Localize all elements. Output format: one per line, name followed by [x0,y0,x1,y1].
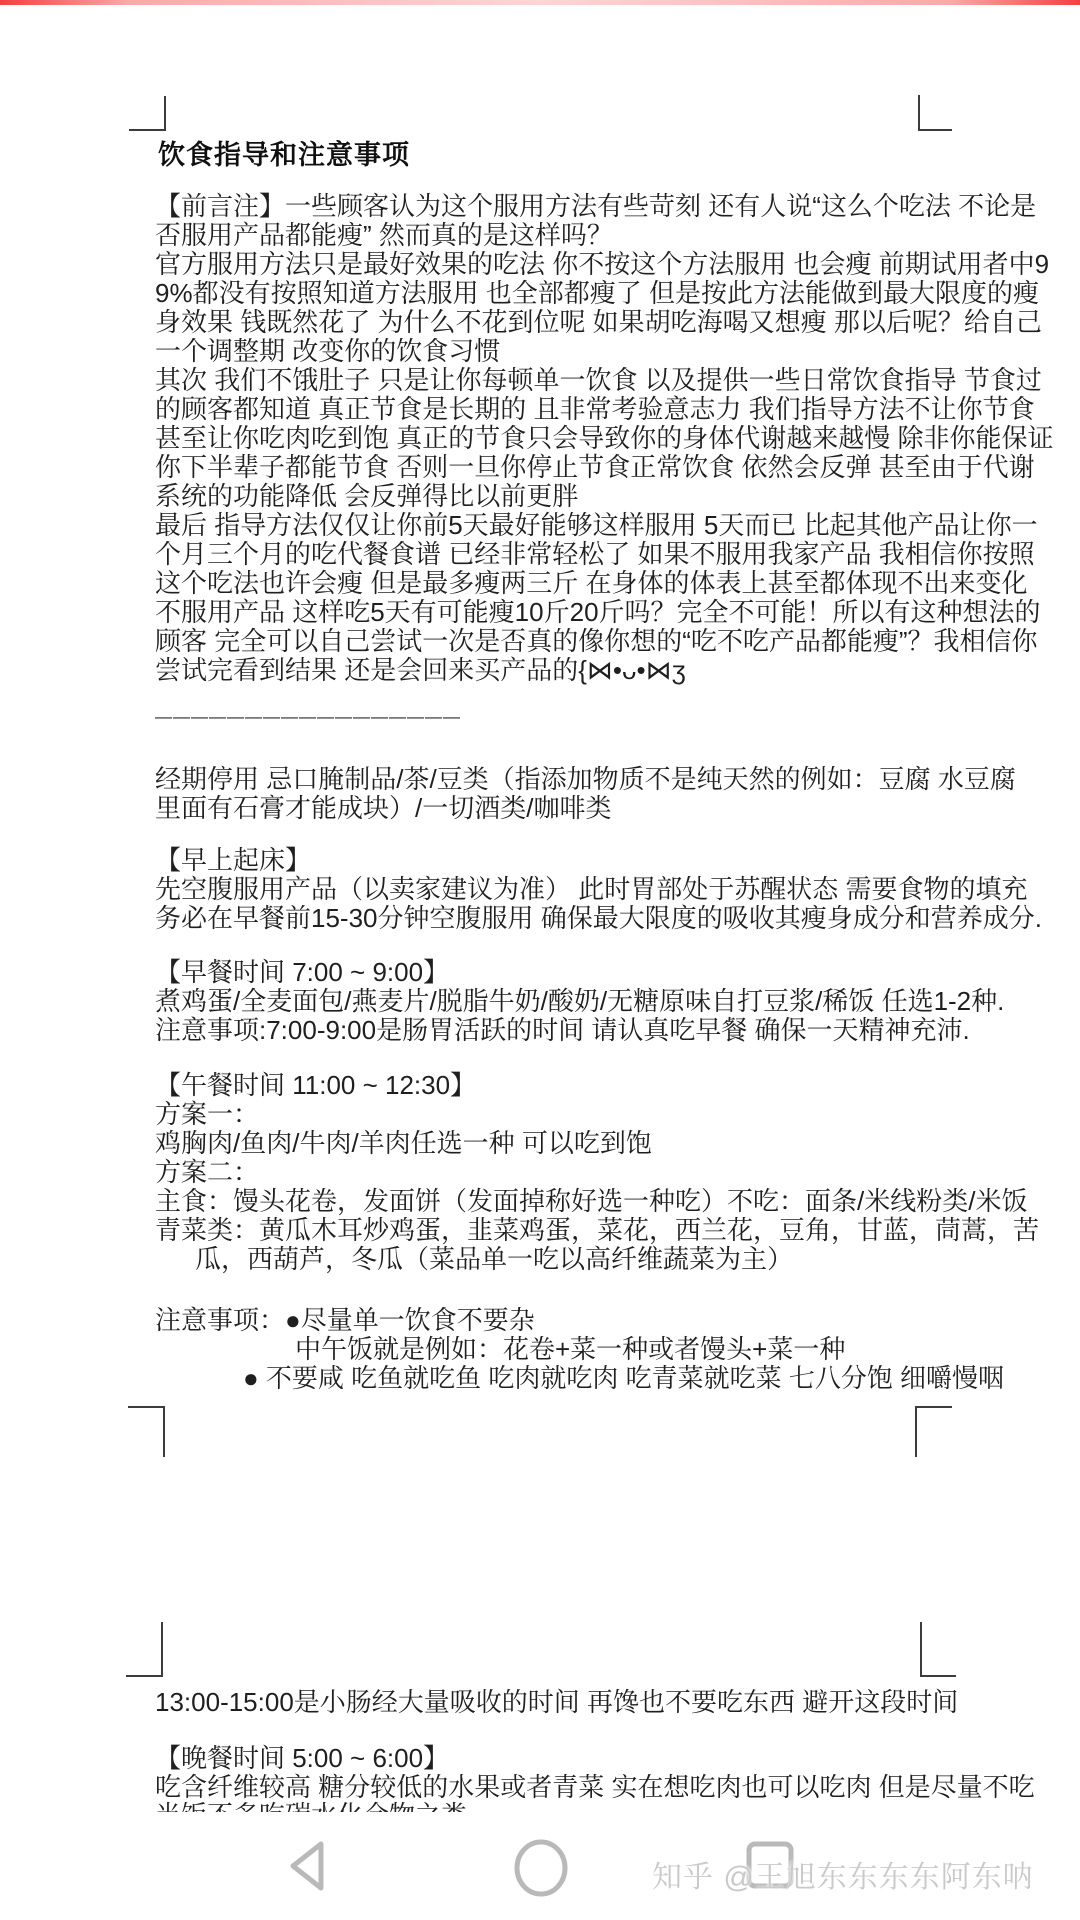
section-header: 【晚餐时间 5:00 ~ 6:00】 [155,1744,945,1773]
page-corner-mark [128,1406,165,1457]
doc-line: 身效果 钱既然花了 为什么不花到位呢 如果胡吃海喝又想瘦 那以后呢？给自己 [155,308,945,337]
doc-line: 煮鸡蛋/全麦面包/燕麦片/脱脂牛奶/酸奶/无糖原味自打豆浆/稀饭 任选1-2种. [155,987,945,1016]
doc-line: 里面有石膏才能成块）/一切酒类/咖啡类 [155,794,945,823]
doc-line: 尝试完看到结果 还是会回来买产品的{⋈•ᴗ•⋈ʒ [155,656,945,685]
doc-line: 13:00-15:00是小肠经大量吸收的时间 再馋也不要吃东西 避开这段时间 [155,1688,945,1717]
page-corner-mark [918,95,952,131]
doc-line: 一个调整期 改变你的饮食习惯 [155,337,945,366]
doc-line: 不服用产品 这样吃5天有可能瘦10斤20斤吗？完全不可能！所以有这种想法的 [155,598,945,627]
doc-line: 先空腹服用产品（以卖家建议为准） 此时胃部处于苏醒状态 需要食物的填充 [155,875,945,904]
doc-line: 务必在早餐前15-30分钟空腹服用 确保最大限度的吸收其瘦身成分和营养成分. [155,904,945,933]
doc-line: 9%都没有按照知道方法服用 也全部都瘦了 但是按此方法能做到最大限度的瘦 [155,279,945,308]
doc-line: 方案二： [155,1158,945,1187]
top-edge-accent [0,0,1080,5]
doc-line: 注意事项:7:00-9:00是肠胃活跃的时间 请认真吃早餐 确保一天精神充沛. [155,1016,945,1045]
back-icon[interactable] [285,1840,329,1892]
doc-line: 经期停用 忌口腌制品/茶/豆类（指添加物质不是纯天然的例如：豆腐 水豆腐 [155,765,945,794]
doc-line-clipped: 当饭不多吃碳水化合物之类 [155,1801,945,1812]
dashed-separator: ————————————————— [155,702,945,731]
section-header: 【早餐时间 7:00 ~ 9:00】 [155,958,945,987]
doc-line: 否服用产品都能瘦” 然而真的是这样吗？ [155,221,945,250]
doc-line: 的顾客都知道 真正节食是长期的 且非常考验意志力 我们指导方法不让你节食 [155,395,945,424]
doc-line: ● 不要咸 吃鱼就吃鱼 吃肉就吃肉 吃青菜就吃菜 七八分饱 细嚼慢咽 [243,1364,1033,1393]
section-header: 【早上起床】 [155,846,945,875]
doc-line: 官方服用方法只是最好效果的吃法 你不按这个方法服用 也会瘦 前期试用者中9 [155,250,945,279]
doc-line: 注意事项：●尽量单一饮食不要杂 [155,1306,945,1335]
page-corner-mark [129,96,166,131]
section-header: 【午餐时间 11:00 ~ 12:30】 [155,1071,945,1100]
doc-line: 甚至让你吃肉吃到饱 真正的节食只会导致你的身体代谢越来越慢 除非你能保证 [155,424,945,453]
doc-line: 其次 我们不饿肚子 只是让你每顿单一饮食 以及提供一些日常饮食指导 节食过 [155,366,945,395]
page-corner-mark [126,1622,163,1677]
doc-line: 你下半辈子都能节食 否则一旦你停止节食正常饮食 依然会反弹 甚至由于代谢 [155,453,945,482]
page-corner-mark [920,1622,956,1677]
home-icon[interactable] [513,1839,569,1897]
doc-line: 【前言注】一些顾客认为这个服用方法有些苛刻 还有人说“这么个吃法 不论是 [155,192,945,221]
doc-line: 这个吃法也许会瘦 但是最多瘦两三斤 在身体的体表上甚至都体现不出来变化 [155,569,945,598]
doc-line: 顾客 完全可以自己尝试一次是否真的像你想的“吃不吃产品都能瘦”？我相信你 [155,627,945,656]
doc-line: 吃含纤维较高 糖分较低的水果或者青菜 实在想吃肉也可以吃肉 但是尽量不吃 [155,1773,945,1802]
doc-line: 最后 指导方法仅仅让你前5天最好能够这样服用 5天而已 比起其他产品让你一 [155,511,945,540]
page-corner-mark [915,1406,952,1457]
doc-line: 青菜类：黄瓜木耳炒鸡蛋，韭菜鸡蛋，菜花，西兰花，豆角，甘蓝，茼蒿，苦 [155,1216,945,1245]
doc-line: 中午饭就是例如：花卷+菜一种或者馒头+菜一种 [295,1335,1080,1364]
watermark: 知乎 @王旭东东东东阿东呐 [652,1852,1034,1896]
doc-line: 个月三个月的吃代餐食谱 已经非常轻松了 如果不服用我家产品 我相信你按照 [155,540,945,569]
doc-line: 鸡胸肉/鱼肉/牛肉/羊肉任选一种 可以吃到饱 [155,1129,945,1158]
doc-line: 方案一： [155,1100,945,1129]
doc-line: 系统的功能降低 会反弹得比以前更胖 [155,482,945,511]
doc-line: 主食：馒头花卷，发面饼（发面掉称好选一种吃）不吃：面条/米线粉类/米饭 [155,1187,945,1216]
doc-line: 瓜，西葫芦，冬瓜（菜品单一吃以高纤维蔬菜为主） [195,1245,985,1274]
page-title: 饮食指导和注意事项 [158,133,410,172]
screenshot-root: 饮食指导和注意事项 【前言注】一些顾客认为这个服用方法有些苛刻 还有人说“这么个… [0,0,1080,1920]
